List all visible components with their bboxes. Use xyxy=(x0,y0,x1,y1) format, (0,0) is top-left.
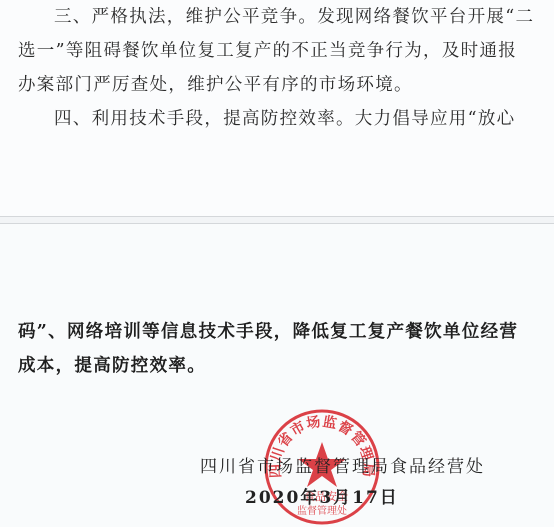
signature-date: 2020年3月17日 xyxy=(245,483,399,508)
page-break xyxy=(0,216,554,224)
paragraph-4-line-1: 四、利用技术手段，提高防控效率。大力倡导应用“放心 xyxy=(54,108,515,130)
paragraph-3-line-3: 办案部门严厉查处，维护公平有序的市场环境。 xyxy=(18,74,413,96)
signature-organization: 四川省市场监督管理局食品经营处 xyxy=(200,452,485,477)
paragraph-3-line-1: 三、严格执法，维护公平竞争。发现网络餐饮平台开展“二 xyxy=(54,6,534,28)
paragraph-4-line-3: 成本，提高防控效率。 xyxy=(18,355,206,377)
paragraph-3-line-2: 选一”等阻碍餐饮单位复工复产的不正当竞争行为，及时通报 xyxy=(18,40,517,62)
page-1-bottom-edge xyxy=(0,216,554,217)
paragraph-4-line-2: 码”、网络培训等信息技术手段，降低复工复产餐饮单位经营 xyxy=(18,321,518,343)
